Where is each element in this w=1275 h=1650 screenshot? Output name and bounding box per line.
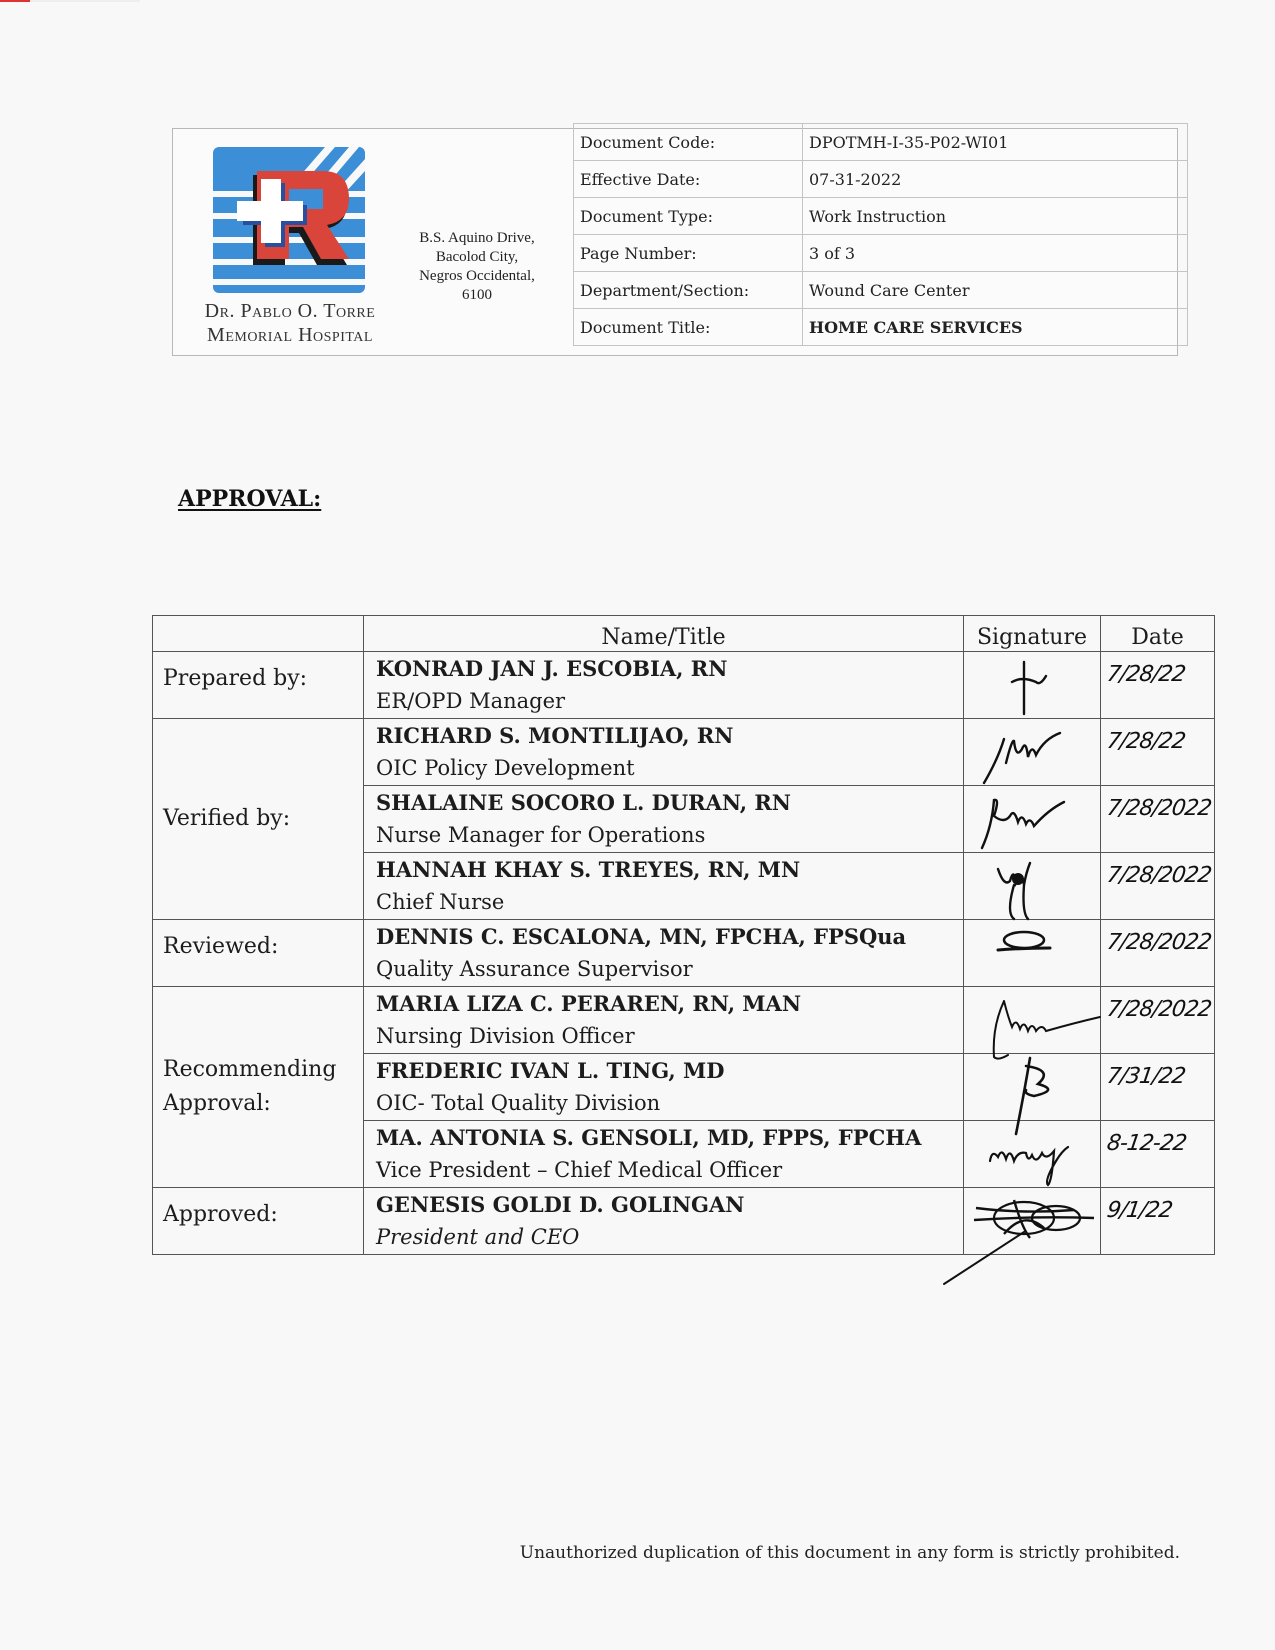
signature-cell	[964, 719, 1101, 786]
signature-cell	[964, 1054, 1101, 1121]
signed-date: 7/28/2022	[1101, 987, 1215, 1054]
handwritten-signature-icon	[964, 853, 1101, 919]
signatory-title: Quality Assurance Supervisor	[376, 953, 963, 985]
table-row: Prepared by: KONRAD JAN J. ESCOBIA, RN E…	[153, 652, 1215, 719]
signatory-title: President and CEO	[376, 1221, 963, 1253]
approval-table: Name/Title Signature Date Prepared by: K…	[152, 615, 1215, 1255]
signatory-title: Nursing Division Officer	[376, 1020, 963, 1052]
signature-cell	[964, 1188, 1101, 1255]
signatory-name: SHALAINE SOCORO L. DURAN, RN	[376, 787, 963, 819]
handwritten-signature-icon	[964, 987, 1101, 1053]
table-row: Recommending Approval: MARIA LIZA C. PER…	[153, 987, 1215, 1054]
handwritten-signature-icon	[964, 1054, 1101, 1120]
signatory: GENESIS GOLDI D. GOLINGAN President and …	[364, 1188, 964, 1255]
table-row: Reviewed: DENNIS C. ESCALONA, MN, FPCHA,…	[153, 920, 1215, 987]
role-reviewed: Reviewed:	[153, 920, 364, 987]
field-label: Department/Section:	[574, 272, 803, 309]
signatory: RICHARD S. MONTILIJAO, RN OIC Policy Dev…	[364, 719, 964, 786]
column-header-role	[153, 616, 364, 652]
signed-date: 7/28/22	[1101, 652, 1215, 719]
handwritten-signature-icon	[964, 786, 1101, 852]
field-label: Document Code:	[574, 124, 803, 161]
document-title-value: HOME CARE SERVICES	[803, 309, 1188, 346]
signed-date: 7/28/2022	[1101, 786, 1215, 853]
signatory-title: ER/OPD Manager	[376, 685, 963, 717]
approval-heading: APPROVAL:	[178, 486, 321, 512]
field-label: Document Title:	[574, 309, 803, 346]
hospital-name: Dr. Pablo O. Torre Memorial Hospital	[181, 299, 399, 347]
department-value: Wound Care Center	[803, 272, 1188, 309]
approval-header-row: Name/Title Signature Date	[153, 616, 1215, 652]
department-row: Department/Section: Wound Care Center	[574, 272, 1188, 309]
signature-cell	[964, 652, 1101, 719]
handwritten-signature-icon	[964, 1188, 1101, 1254]
document-code-value: DPOTMH-I-35-P02-WI01	[803, 124, 1188, 161]
role-verified-by: Verified by:	[153, 719, 364, 920]
handwritten-signature-icon	[964, 652, 1101, 718]
page-number-value: 3 of 3	[803, 235, 1188, 272]
signatory: MARIA LIZA C. PERAREN, RN, MAN Nursing D…	[364, 987, 964, 1054]
signatory-name: GENESIS GOLDI D. GOLINGAN	[376, 1189, 963, 1221]
handwritten-signature-icon	[964, 1121, 1101, 1187]
document-title-row: Document Title: HOME CARE SERVICES	[574, 309, 1188, 346]
field-label: Document Type:	[574, 198, 803, 235]
document-code-row: Document Code: DPOTMH-I-35-P02-WI01	[574, 124, 1188, 161]
signature-cell	[964, 987, 1101, 1054]
signatory: SHALAINE SOCORO L. DURAN, RN Nurse Manag…	[364, 786, 964, 853]
signatory-title: OIC- Total Quality Division	[376, 1087, 963, 1119]
signature-cell	[964, 786, 1101, 853]
table-row: Verified by: RICHARD S. MONTILIJAO, RN O…	[153, 719, 1215, 786]
confidentiality-notice: Unauthorized duplication of this documen…	[520, 1543, 1180, 1563]
role-prepared-by: Prepared by:	[153, 652, 364, 719]
column-header-signature: Signature	[964, 616, 1101, 652]
document-type-value: Work Instruction	[803, 198, 1188, 235]
signed-date: 8-12-22	[1101, 1121, 1215, 1188]
hospital-address: B.S. Aquino Drive, Bacolod City, Negros …	[403, 229, 551, 305]
role-approved: Approved:	[153, 1188, 364, 1255]
signatory-title: Vice President – Chief Medical Officer	[376, 1154, 963, 1186]
signatory: DENNIS C. ESCALONA, MN, FPCHA, FPSQua Qu…	[364, 920, 964, 987]
signatory-name: MARIA LIZA C. PERAREN, RN, MAN	[376, 988, 963, 1020]
signatory-name: RICHARD S. MONTILIJAO, RN	[376, 720, 963, 752]
document-type-row: Document Type: Work Instruction	[574, 198, 1188, 235]
signatory: KONRAD JAN J. ESCOBIA, RN ER/OPD Manager	[364, 652, 964, 719]
signed-date: 9/1/22	[1101, 1188, 1215, 1255]
signatory: MA. ANTONIA S. GENSOLI, MD, FPPS, FPCHA …	[364, 1121, 964, 1188]
table-row: Approved: GENESIS GOLDI D. GOLINGAN Pres…	[153, 1188, 1215, 1255]
hospital-logo-icon	[213, 147, 373, 295]
document-header: Dr. Pablo O. Torre Memorial Hospital B.S…	[172, 128, 1178, 356]
signatory-name: KONRAD JAN J. ESCOBIA, RN	[376, 653, 963, 685]
signature-cell	[964, 1121, 1101, 1188]
signature-cell	[964, 853, 1101, 920]
signed-date: 7/28/2022	[1101, 920, 1215, 987]
signatory-title: OIC Policy Development	[376, 752, 963, 784]
signatory: HANNAH KHAY S. TREYES, RN, MN Chief Nurs…	[364, 853, 964, 920]
signed-date: 7/31/22	[1101, 1054, 1215, 1121]
signatory-title: Chief Nurse	[376, 886, 963, 918]
effective-date-row: Effective Date: 07-31-2022	[574, 161, 1188, 198]
signed-date: 7/28/2022	[1101, 853, 1215, 920]
signatory-name: HANNAH KHAY S. TREYES, RN, MN	[376, 854, 963, 886]
signatory: FREDERIC IVAN L. TING, MD OIC- Total Qua…	[364, 1054, 964, 1121]
signed-date: 7/28/22	[1101, 719, 1215, 786]
handwritten-signature-icon	[964, 719, 1101, 785]
signatory-name: FREDERIC IVAN L. TING, MD	[376, 1055, 963, 1087]
signature-cell	[964, 920, 1101, 987]
signatory-name: DENNIS C. ESCALONA, MN, FPCHA, FPSQua	[376, 921, 963, 953]
column-header-name-title: Name/Title	[364, 616, 964, 652]
page-number-row: Page Number: 3 of 3	[574, 235, 1188, 272]
handwritten-signature-icon	[964, 920, 1101, 986]
scan-edge	[0, 0, 1275, 2]
field-label: Page Number:	[574, 235, 803, 272]
signatory-title: Nurse Manager for Operations	[376, 819, 963, 851]
hospital-branding: Dr. Pablo O. Torre Memorial Hospital B.S…	[173, 129, 573, 355]
column-header-date: Date	[1101, 616, 1215, 652]
effective-date-value: 07-31-2022	[803, 161, 1188, 198]
field-label: Effective Date:	[574, 161, 803, 198]
signatory-name: MA. ANTONIA S. GENSOLI, MD, FPPS, FPCHA	[376, 1122, 963, 1154]
document-info-table: Document Code: DPOTMH-I-35-P02-WI01 Effe…	[573, 123, 1188, 346]
role-recommending-approval: Recommending Approval:	[153, 987, 364, 1188]
